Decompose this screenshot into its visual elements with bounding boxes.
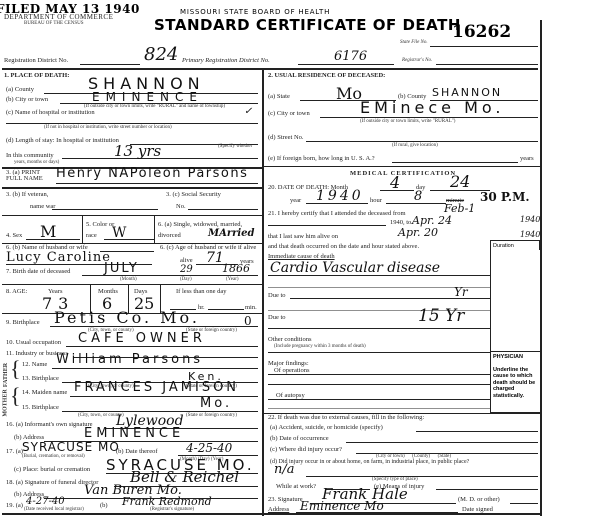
birth-year-caption: (Year) <box>226 277 239 282</box>
birth-month-value: July <box>104 261 139 276</box>
bureau-label: BUREAU OF THE CENSUS <box>24 21 84 26</box>
age-less-day-caption: If less than one day <box>176 288 227 295</box>
sex-value: M <box>40 222 56 241</box>
father-birthplace-label: 13. Birthplace <box>22 375 59 382</box>
residence-city-note: (If outside city or town limits, write "… <box>360 119 455 124</box>
home-injury-mark: n/a <box>274 462 295 477</box>
burial-value: Syracuse Mo <box>22 440 120 454</box>
place-type-caption: (Specify type of place) <box>372 477 418 482</box>
stay-note: (Specify whether <box>218 144 252 149</box>
death-county-label: (a) County <box>6 86 34 93</box>
registrar-signature-label: (b) <box>100 502 108 509</box>
social-security-label: 3. (c) Social Security <box>166 191 221 198</box>
age-label: 8. AGE: <box>6 288 27 295</box>
spouse-alive-label: alive <box>180 257 193 264</box>
attended-to-year: 1940 <box>520 215 540 224</box>
death-year-value: 1940 <box>316 188 364 204</box>
other-conditions-note: (Include pregnancy within 3 months of de… <box>274 344 366 349</box>
immediate-cause-value: Cardio Vascular disease <box>270 260 440 276</box>
veteran-label: 3. (b) If veteran, <box>6 191 48 198</box>
filed-date-label: 19. (a) <box>6 502 23 509</box>
while-at-work-label: While at work? <box>276 483 316 490</box>
marital-value: MArried <box>208 228 255 239</box>
mother-name-label: 14. Maiden name <box>22 389 67 396</box>
death-hour-value: 8 <box>414 189 422 204</box>
mother-name-value: Frances Jamison <box>74 380 239 395</box>
mother-side-label: MOTHER <box>3 389 9 416</box>
birthplace-value: Petis Co. Mo. <box>54 308 200 327</box>
death-city-value: EMINENCE <box>92 90 203 104</box>
accident-label: (a) Accident, suicide, or homicide (spec… <box>270 424 383 431</box>
mother-birthplace-value: Mo. <box>200 396 232 411</box>
residence-city-value: EMinece Mo. <box>360 98 504 117</box>
date-signed-label: Date signed <box>462 506 493 513</box>
mother-brace: { <box>10 383 21 409</box>
birthplace-label: 9. Birthplace <box>6 319 40 326</box>
burial-place-label: (c) Place: burial or cremation <box>14 466 90 473</box>
physician-note-box: PHYSICIAN Underline the cause to which d… <box>490 351 540 413</box>
board-label: MISSOURI STATE BOARD OF HEALTH <box>180 8 330 16</box>
father-brace: { <box>10 356 21 382</box>
death-day-value: 24 <box>450 172 470 191</box>
home-injury-label: (d) Did injury occur in or about home, o… <box>270 459 469 465</box>
attended-year-label: 1940, to <box>390 219 411 226</box>
where-injury-label: (c) Where did injury occur? <box>270 446 342 453</box>
birth-month-caption: (Month) <box>120 277 137 282</box>
spouse-value: Lucy Caroline <box>6 250 111 265</box>
operations-label: Of operations <box>274 367 310 374</box>
death-month-value: 4 <box>390 173 400 192</box>
mother-state-caption: (State or foreign country) <box>186 413 237 418</box>
foreign-born-label: (e) If foreign born, how long in U. S. A… <box>268 155 375 162</box>
physician-signature-label: 23. Signature <box>268 496 303 503</box>
hospital-mark: ✓ <box>244 106 252 117</box>
death-city-note: (If outside city or town limits, write "… <box>84 104 225 109</box>
burial-label: 17. (a) <box>6 448 23 455</box>
community-note: years, months or days) <box>14 160 59 165</box>
informant-address-value: Eminence <box>84 426 184 441</box>
last-seen-label: that I last saw him alive on <box>268 233 338 240</box>
state-file-number: 16262 <box>452 22 511 42</box>
hospital-note: (If not in hospital or institution, writ… <box>44 125 172 130</box>
residence-state-label: (a) State <box>268 93 290 100</box>
filed-date-caption: (Date received local registrar) <box>24 507 84 512</box>
registration-district-label: Registration District No. <box>4 57 68 64</box>
due-to-mark-2: 15 Yr <box>418 306 464 326</box>
other-conditions-label: Other conditions <box>268 336 312 343</box>
medical-certification-heading: MEDICAL CERTIFICATION <box>350 170 456 177</box>
birth-day-value: 29 <box>180 264 193 275</box>
physician-box-title: PHYSICIAN <box>493 354 538 361</box>
residence-street-note: (If rural, give location) <box>392 143 438 148</box>
full-name-value: Henry NAPoleon Parsons <box>56 166 248 181</box>
due-to-label-2: Due to <box>268 314 286 321</box>
death-occurred-label: and that death occurred on the date and … <box>268 243 419 250</box>
usual-residence-heading: 2. USUAL RESIDENCE OF DECEASED: <box>268 72 385 79</box>
hospital-label: (c) Name of hospital or institution <box>6 109 95 116</box>
department-label: DEPARTMENT OF COMMERCE <box>4 13 113 21</box>
birth-day-caption: (Day) <box>180 277 192 282</box>
physician-address-label: Address <box>268 506 289 513</box>
birth-year-value: 1866 <box>222 262 250 275</box>
residence-street-label: (d) Street No. <box>268 134 304 141</box>
immediate-cause-label: Immediate cause of death <box>268 253 335 260</box>
birth-date-label: 7. Birth date of deceased <box>6 268 70 275</box>
registrar-signature-caption: (Registrar's signature) <box>150 507 194 512</box>
major-findings-label: Major findings: <box>268 360 309 367</box>
birthplace-mark: 0 <box>244 314 252 328</box>
age-min-label: min. <box>245 304 257 311</box>
death-hour-label: hour <box>370 197 382 204</box>
community-label: In this community <box>6 152 54 159</box>
father-name-value: William Parsons <box>56 352 203 367</box>
father-name-label: 12. Name <box>22 361 47 368</box>
community-value: 13 yrs <box>114 142 161 160</box>
sex-label: 4. Sex <box>6 232 22 239</box>
state-file-label: State File No. <box>400 40 428 45</box>
residence-state-value: Mo <box>336 84 362 103</box>
full-name-label: 3. (a) PRINT FULL NAME <box>6 170 56 182</box>
death-minute-value: 30 P.M. <box>480 190 530 204</box>
last-seen-value: Apr. 20 <box>398 226 438 239</box>
registration-district-value: 824 <box>144 44 178 65</box>
attended-label: 21. I hereby certify that I attended the… <box>268 210 406 217</box>
due-to-label-1: Due to <box>268 292 286 299</box>
social-security-no-label: No. <box>176 203 186 210</box>
duration-label: Duration <box>493 243 514 249</box>
primary-district-label: Primary Registration District No. <box>182 57 270 64</box>
physician-box-text: Underline the cause to which death shoul… <box>493 367 538 400</box>
stay-label: (d) Length of stay: In hospital or insti… <box>6 137 119 144</box>
primary-district-value: 6176 <box>334 49 367 64</box>
foreign-born-unit: years <box>520 155 534 162</box>
physician-address-value: Eminence Mo <box>300 499 384 513</box>
autopsy-label: Of autopsy <box>276 392 305 399</box>
physician-signature-suffix: (M. D. or other) <box>458 496 500 503</box>
burial-date-label: (b) Date thereof <box>116 448 158 455</box>
occupation-value: CAFE OWNER <box>78 331 206 346</box>
occupation-label: 10. Usual occupation <box>6 339 61 346</box>
date-occurrence-label: (b) Date of occurrence <box>270 435 329 442</box>
burial-date-value: 4-25-40 <box>186 441 232 455</box>
duration-box: Duration <box>490 240 540 250</box>
mother-birthplace-label: 15. Birthplace <box>22 404 59 411</box>
informant-signature-label: 16. (a) Informant's own signature <box>6 421 93 428</box>
father-side-label: FATHER <box>3 363 9 387</box>
place-of-death-heading: 1. PLACE OF DEATH: <box>4 72 69 79</box>
death-year-label: year <box>290 197 301 204</box>
due-to-mark-1: Yr <box>454 285 468 299</box>
filed-date-value: 4-27-40 <box>26 496 65 507</box>
death-city-label: (b) City or town <box>6 96 48 103</box>
color-value: W <box>112 225 126 241</box>
residence-city-label: (c) City or town <box>268 110 310 117</box>
registrar-no-label: Registrar's No. <box>402 58 432 63</box>
certificate-title: STANDARD CERTIFICATE OF DEATH <box>154 16 461 34</box>
external-causes-label: 22. If death was due to external causes,… <box>268 414 424 421</box>
burial-caption: (Burial, cremation, or removal) <box>22 454 85 459</box>
last-seen-year: 1940 <box>520 230 540 239</box>
